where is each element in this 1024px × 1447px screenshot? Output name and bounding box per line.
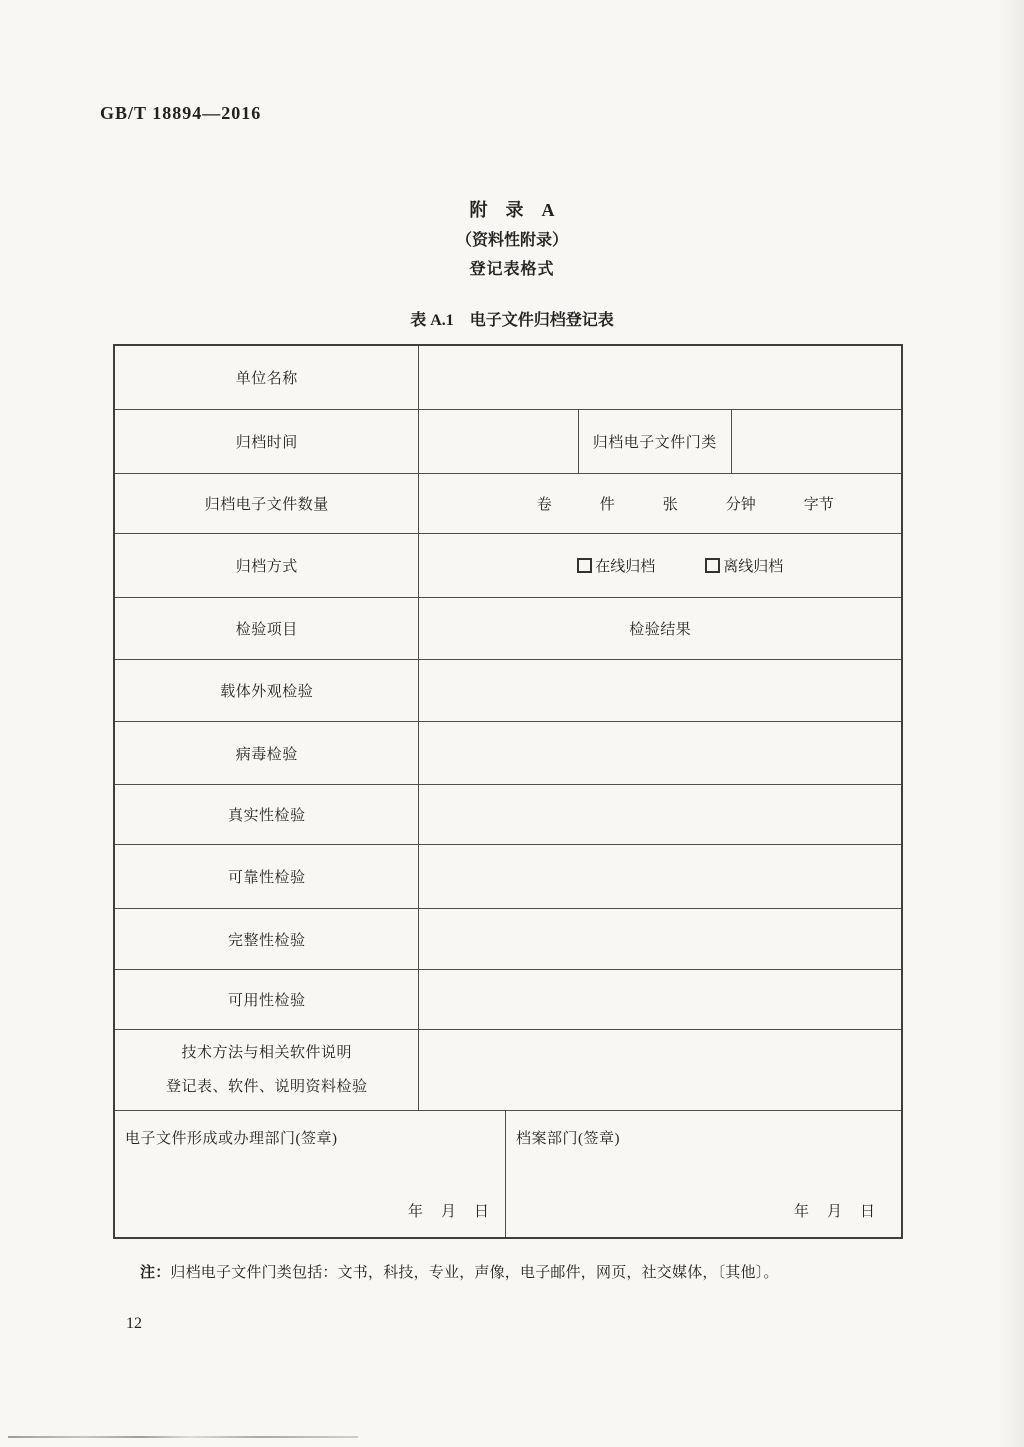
row-carrier-check: 载体外观检验 (115, 660, 901, 722)
unit-bytes: 字节 (804, 493, 834, 514)
unit-minutes: 分钟 (726, 493, 756, 514)
row-archive-time: 归档时间 归档电子文件门类 (115, 410, 901, 474)
reliability-check-label: 可靠性检验 (115, 845, 419, 908)
scan-artifact-line (8, 1436, 358, 1438)
option-online: 在线归档 (577, 555, 655, 576)
archive-method-label: 归档方式 (115, 534, 419, 597)
row-archive-method: 归档方式 在线归档 离线归档 (115, 534, 901, 598)
archive-dept-date: 年 月 日 (794, 1200, 875, 1221)
table-note: 注：归档电子文件门类包括：文书，科技，专业，声像，电子邮件，网页，社交媒体，〔其… (140, 1261, 840, 1282)
row-virus-check: 病毒检验 (115, 722, 901, 785)
unit-jian: 件 (600, 493, 615, 514)
integrity-check-result-cell (419, 909, 901, 969)
reliability-check-result-cell (419, 845, 901, 908)
authenticity-check-result-cell (419, 785, 901, 844)
date-day-label: 日 (474, 1200, 489, 1221)
appendix-section-title: 登记表格式 (0, 256, 1024, 279)
row-authenticity-check: 真实性检验 (115, 785, 901, 845)
integrity-check-label: 完整性检验 (115, 909, 419, 969)
checkbox-offline-icon (705, 558, 720, 573)
unit-juan: 卷 (537, 493, 552, 514)
registration-form-table: 单位名称 归档时间 归档电子文件门类 归档电子文件数量 卷 件 张 分钟 字节 … (113, 344, 903, 1239)
quantity-units-cell: 卷 件 张 分钟 字节 (419, 474, 901, 533)
usability-check-label: 可用性检验 (115, 970, 419, 1029)
inspection-item-label: 检验项目 (115, 598, 419, 659)
virus-check-label: 病毒检验 (115, 722, 419, 784)
row-inspection-header: 检验项目 检验结果 (115, 598, 901, 660)
checkbox-online-icon (577, 558, 592, 573)
archive-method-options-cell: 在线归档 离线归档 (419, 534, 901, 597)
date-year-label: 年 (794, 1200, 809, 1221)
note-text: 归档电子文件门类包括：文书，科技，专业，声像，电子邮件，网页，社交媒体，〔其他〕… (170, 1265, 778, 1281)
row-unit-name: 单位名称 (115, 346, 901, 410)
standard-code: GB/T 18894—2016 (100, 103, 261, 124)
archive-time-label: 归档时间 (115, 410, 419, 473)
inspection-result-label: 检验结果 (419, 598, 901, 659)
archive-dept-label: 档案部门(签章) (516, 1127, 620, 1148)
tech-method-line2: 登记表、软件、说明资料检验 (166, 1070, 368, 1104)
date-year-label: 年 (408, 1200, 423, 1221)
row-tech-method-check: 技术方法与相关软件说明 登记表、软件、说明资料检验 (115, 1030, 901, 1111)
quantity-units: 卷 件 张 分钟 字节 (537, 493, 834, 514)
quantity-label: 归档电子文件数量 (115, 474, 419, 533)
forming-dept-label: 电子文件形成或办理部门(签章) (125, 1127, 338, 1148)
unit-name-value-cell (419, 346, 901, 409)
option-online-label: 在线归档 (595, 555, 655, 576)
row-reliability-check: 可靠性检验 (115, 845, 901, 909)
option-offline: 离线归档 (705, 555, 783, 576)
virus-check-result-cell (419, 722, 901, 784)
row-integrity-check: 完整性检验 (115, 909, 901, 970)
appendix-subtitle: （资料性附录） (0, 227, 1024, 250)
archive-method-options: 在线归档 离线归档 (577, 555, 783, 576)
date-month-label: 月 (827, 1200, 842, 1221)
tech-method-line1: 技术方法与相关软件说明 (166, 1036, 368, 1070)
forming-dept-date: 年 月 日 (408, 1200, 489, 1221)
tech-method-label-cell: 技术方法与相关软件说明 登记表、软件、说明资料检验 (115, 1030, 419, 1110)
row-signatures: 电子文件形成或办理部门(签章) 年 月 日 档案部门(签章) 年 月 日 (115, 1111, 901, 1237)
page-number: 12 (126, 1315, 142, 1333)
option-offline-label: 离线归档 (723, 555, 783, 576)
tech-method-result-cell (419, 1030, 901, 1110)
archive-time-value-cell (419, 410, 578, 473)
date-day-label: 日 (860, 1200, 875, 1221)
unit-name-label: 单位名称 (115, 346, 419, 409)
row-file-quantity: 归档电子文件数量 卷 件 张 分钟 字节 (115, 474, 901, 534)
date-month-label: 月 (441, 1200, 456, 1221)
appendix-title: 附 录 A (0, 196, 1024, 222)
authenticity-check-label: 真实性检验 (115, 785, 419, 844)
archive-category-label: 归档电子文件门类 (579, 410, 732, 473)
row-usability-check: 可用性检验 (115, 970, 901, 1030)
forming-dept-cell: 电子文件形成或办理部门(签章) 年 月 日 (115, 1111, 506, 1237)
note-label: 注： (140, 1265, 170, 1281)
archive-dept-cell: 档案部门(签章) 年 月 日 (506, 1111, 901, 1237)
archive-category-value-cell (732, 410, 901, 473)
unit-zhang: 张 (663, 493, 678, 514)
usability-check-result-cell (419, 970, 901, 1029)
carrier-check-label: 载体外观检验 (115, 660, 419, 721)
carrier-check-result-cell (419, 660, 901, 721)
table-caption: 表 A.1 电子文件归档登记表 (0, 307, 1024, 330)
